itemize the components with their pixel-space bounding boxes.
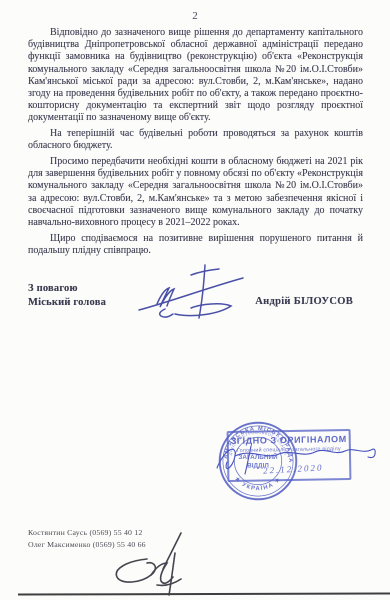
letter-body: Відповідно до зазначеного вище рішення д… bbox=[28, 27, 363, 261]
paragraph-3: Просимо передбачити необхідні кошти в об… bbox=[28, 156, 363, 229]
stamp-area: КАМ'ЯНСЬКА МІСЬКА РАДА ДНІПРОПЕТРОВСЬКОЇ… bbox=[205, 416, 385, 511]
footer-signature-scribble bbox=[103, 531, 203, 597]
mayor-signature-scribble bbox=[135, 262, 250, 324]
clerk-signature-scribble bbox=[211, 442, 381, 482]
signer-name: Андрій БІЛОУСОВ bbox=[255, 296, 353, 307]
paragraph-4: Щиро сподіваємося на позитивне вирішення… bbox=[28, 233, 363, 257]
scan-edge-line bbox=[18, 593, 390, 596]
paragraph-2: На теперішній час будівельні роботи пров… bbox=[28, 128, 363, 152]
page-number: 2 bbox=[0, 10, 390, 22]
scanned-letter-page: 2 Відповідно до зазначеного вище рішення… bbox=[0, 0, 390, 600]
paragraph-1: Відповідно до зазначеного вище рішення д… bbox=[28, 27, 363, 125]
